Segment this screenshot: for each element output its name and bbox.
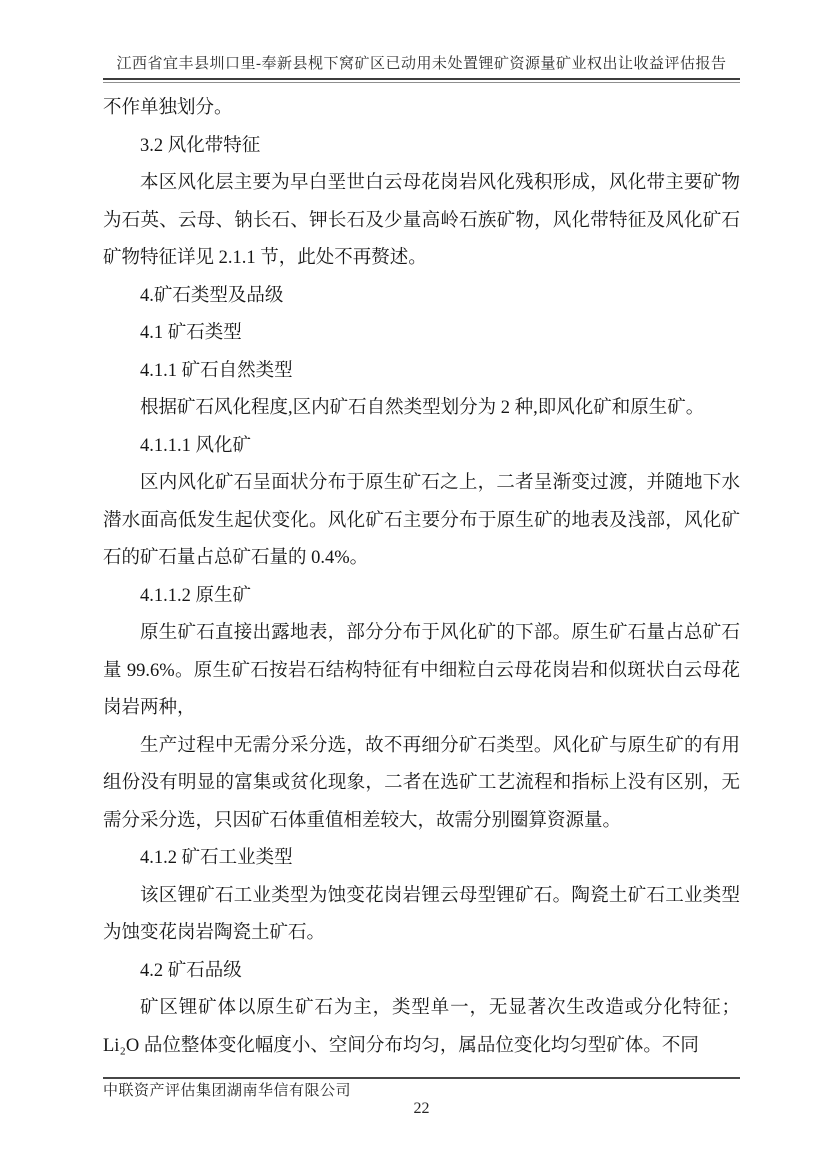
section-heading: 4.2 矿石品级 [103, 953, 740, 991]
page-number: 22 [103, 1099, 740, 1119]
body-paragraph: 原生矿石直接出露地表，部分分布于风化矿的下部。原生矿石量占总矿石量 99.6%。… [103, 615, 740, 728]
report-header-title: 江西省宜丰县圳口里-奉新县枧下窝矿区已动用未处置锂矿资源量矿业权出让收益评估报告 [103, 54, 740, 74]
section-heading: 4.1 矿石类型 [103, 315, 740, 353]
document-body: 不作单独划分。3.2 风化带特征本区风化层主要为早白垩世白云母花岗岩风化残积形成… [103, 90, 740, 1065]
body-paragraph: 不作单独划分。 [103, 90, 740, 128]
body-paragraph: 生产过程中无需分采分选，故不再细分矿石类型。风化矿与原生矿的有用组份没有明显的富… [103, 728, 740, 841]
footer-company-name: 中联资产评估集团湖南华信有限公司 [103, 1081, 351, 1101]
section-heading: 4.1.1 矿石自然类型 [103, 353, 740, 391]
header-divider [103, 78, 740, 83]
section-heading: 4.1.1.1 风化矿 [103, 428, 740, 466]
section-heading: 4.1.1.2 原生矿 [103, 578, 740, 616]
body-paragraph: 该区锂矿石工业类型为蚀变花岗岩锂云母型锂矿石。陶瓷土矿石工业类型为蚀变花岗岩陶瓷… [103, 878, 740, 953]
body-paragraph: 区内风化矿石呈面状分布于原生矿石之上，二者呈渐变过渡，并随地下水潜水面高低发生起… [103, 465, 740, 578]
section-heading: 3.2 风化带特征 [103, 128, 740, 166]
section-heading: 4.1.2 矿石工业类型 [103, 840, 740, 878]
section-heading: 4.矿石类型及品级 [103, 278, 740, 316]
footer-divider [103, 1077, 740, 1079]
page-header: 江西省宜丰县圳口里-奉新县枧下窝矿区已动用未处置锂矿资源量矿业权出让收益评估报告 [103, 54, 740, 83]
body-paragraph: 本区风化层主要为早白垩世白云母花岗岩风化残积形成，风化带主要矿物为石英、云母、钠… [103, 165, 740, 278]
report-page: 江西省宜丰县圳口里-奉新县枧下窝矿区已动用未处置锂矿资源量矿业权出让收益评估报告… [0, 0, 827, 1170]
body-paragraph: 根据矿石风化程度,区内矿石自然类型划分为 2 种,即风化矿和原生矿。 [103, 390, 740, 428]
body-paragraph: 矿区锂矿体以原生矿石为主，类型单一，无显著次生改造或分化特征；Li₂O 品位整体… [103, 990, 740, 1065]
